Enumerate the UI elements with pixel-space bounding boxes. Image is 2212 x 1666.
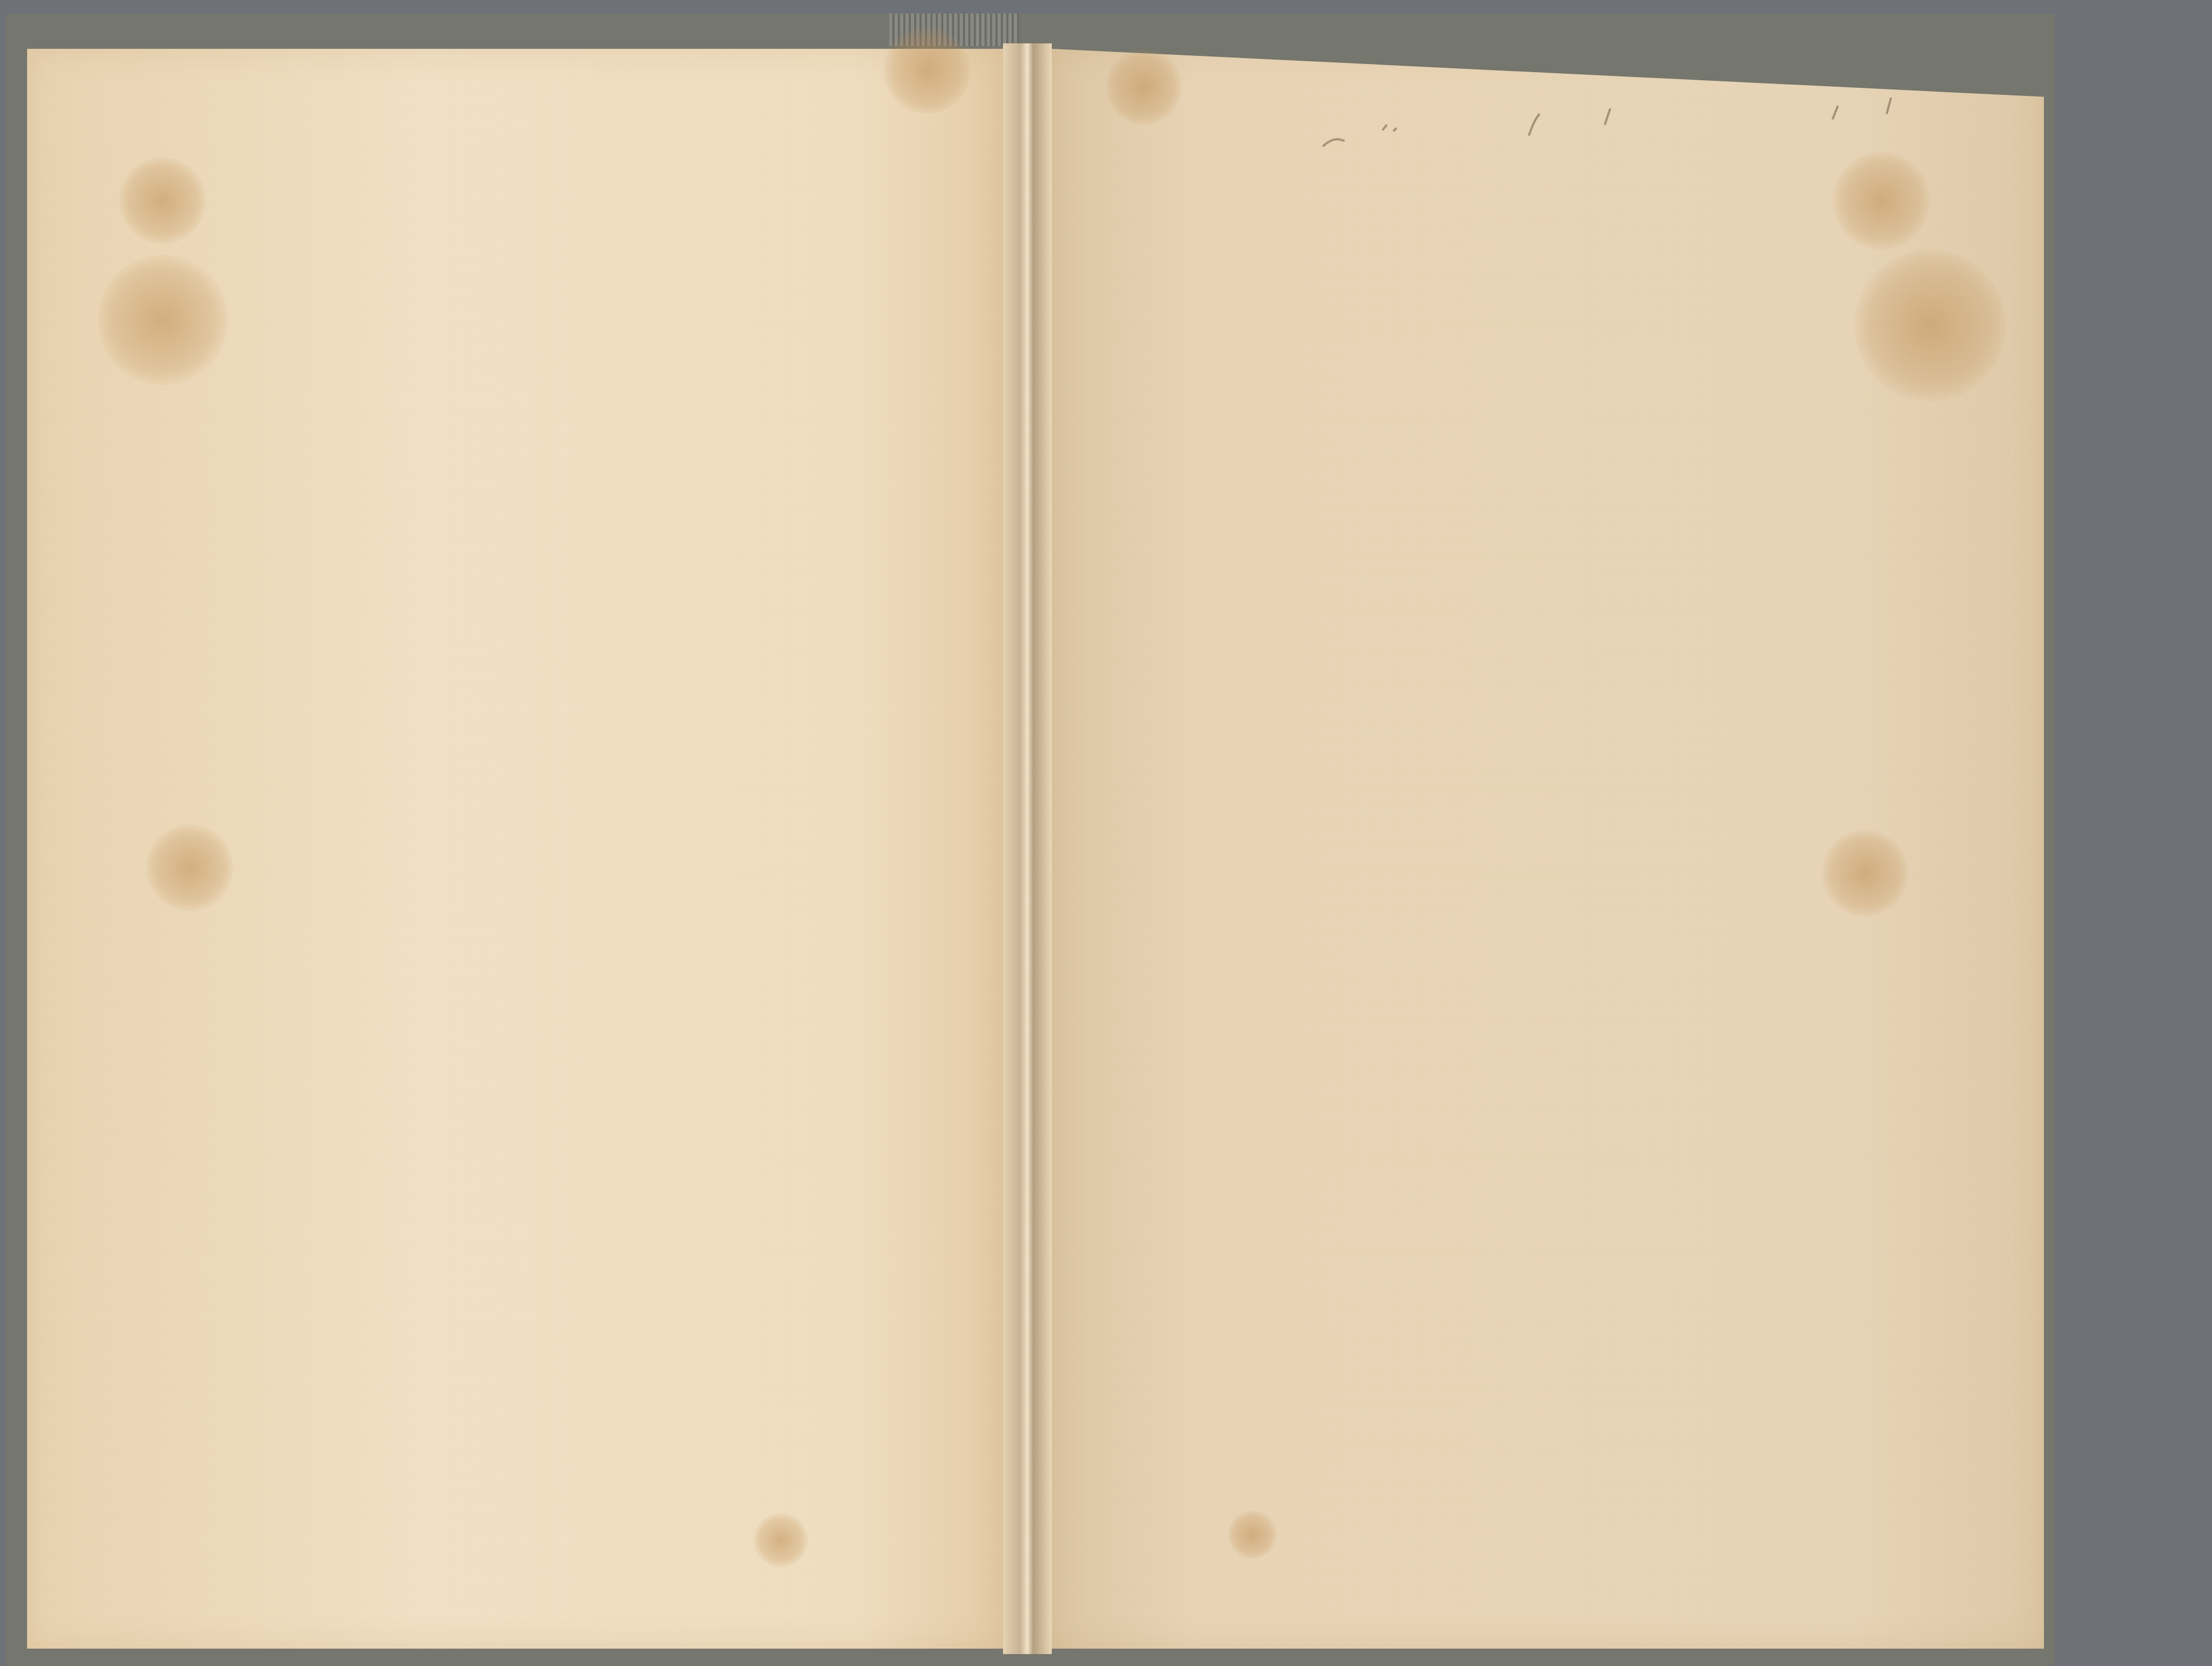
foxing-stain	[1854, 249, 2006, 401]
foxing-stain	[754, 1513, 808, 1567]
foxing-stain	[146, 824, 233, 911]
foxing-stain	[1106, 49, 1182, 125]
foxing-stain	[1832, 152, 1930, 249]
foxing-stain	[98, 255, 228, 385]
foxing-stain	[1822, 830, 1908, 917]
foxing-stain	[884, 27, 970, 114]
foxing-stain	[1228, 1510, 1277, 1559]
foxing-stain	[119, 157, 206, 244]
book-gutter	[1003, 43, 1052, 1654]
pencil-marks	[1301, 98, 1952, 163]
